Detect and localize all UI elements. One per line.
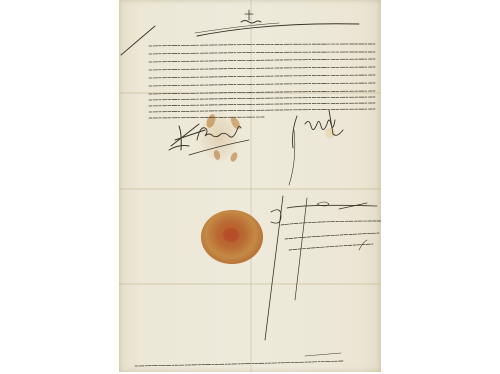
- stain: [325, 128, 335, 138]
- manuscript-page: Arun Handwritten body text in 16th-centu…: [119, 0, 381, 372]
- wax-seal-center: [223, 228, 239, 242]
- fold-line: [250, 0, 252, 372]
